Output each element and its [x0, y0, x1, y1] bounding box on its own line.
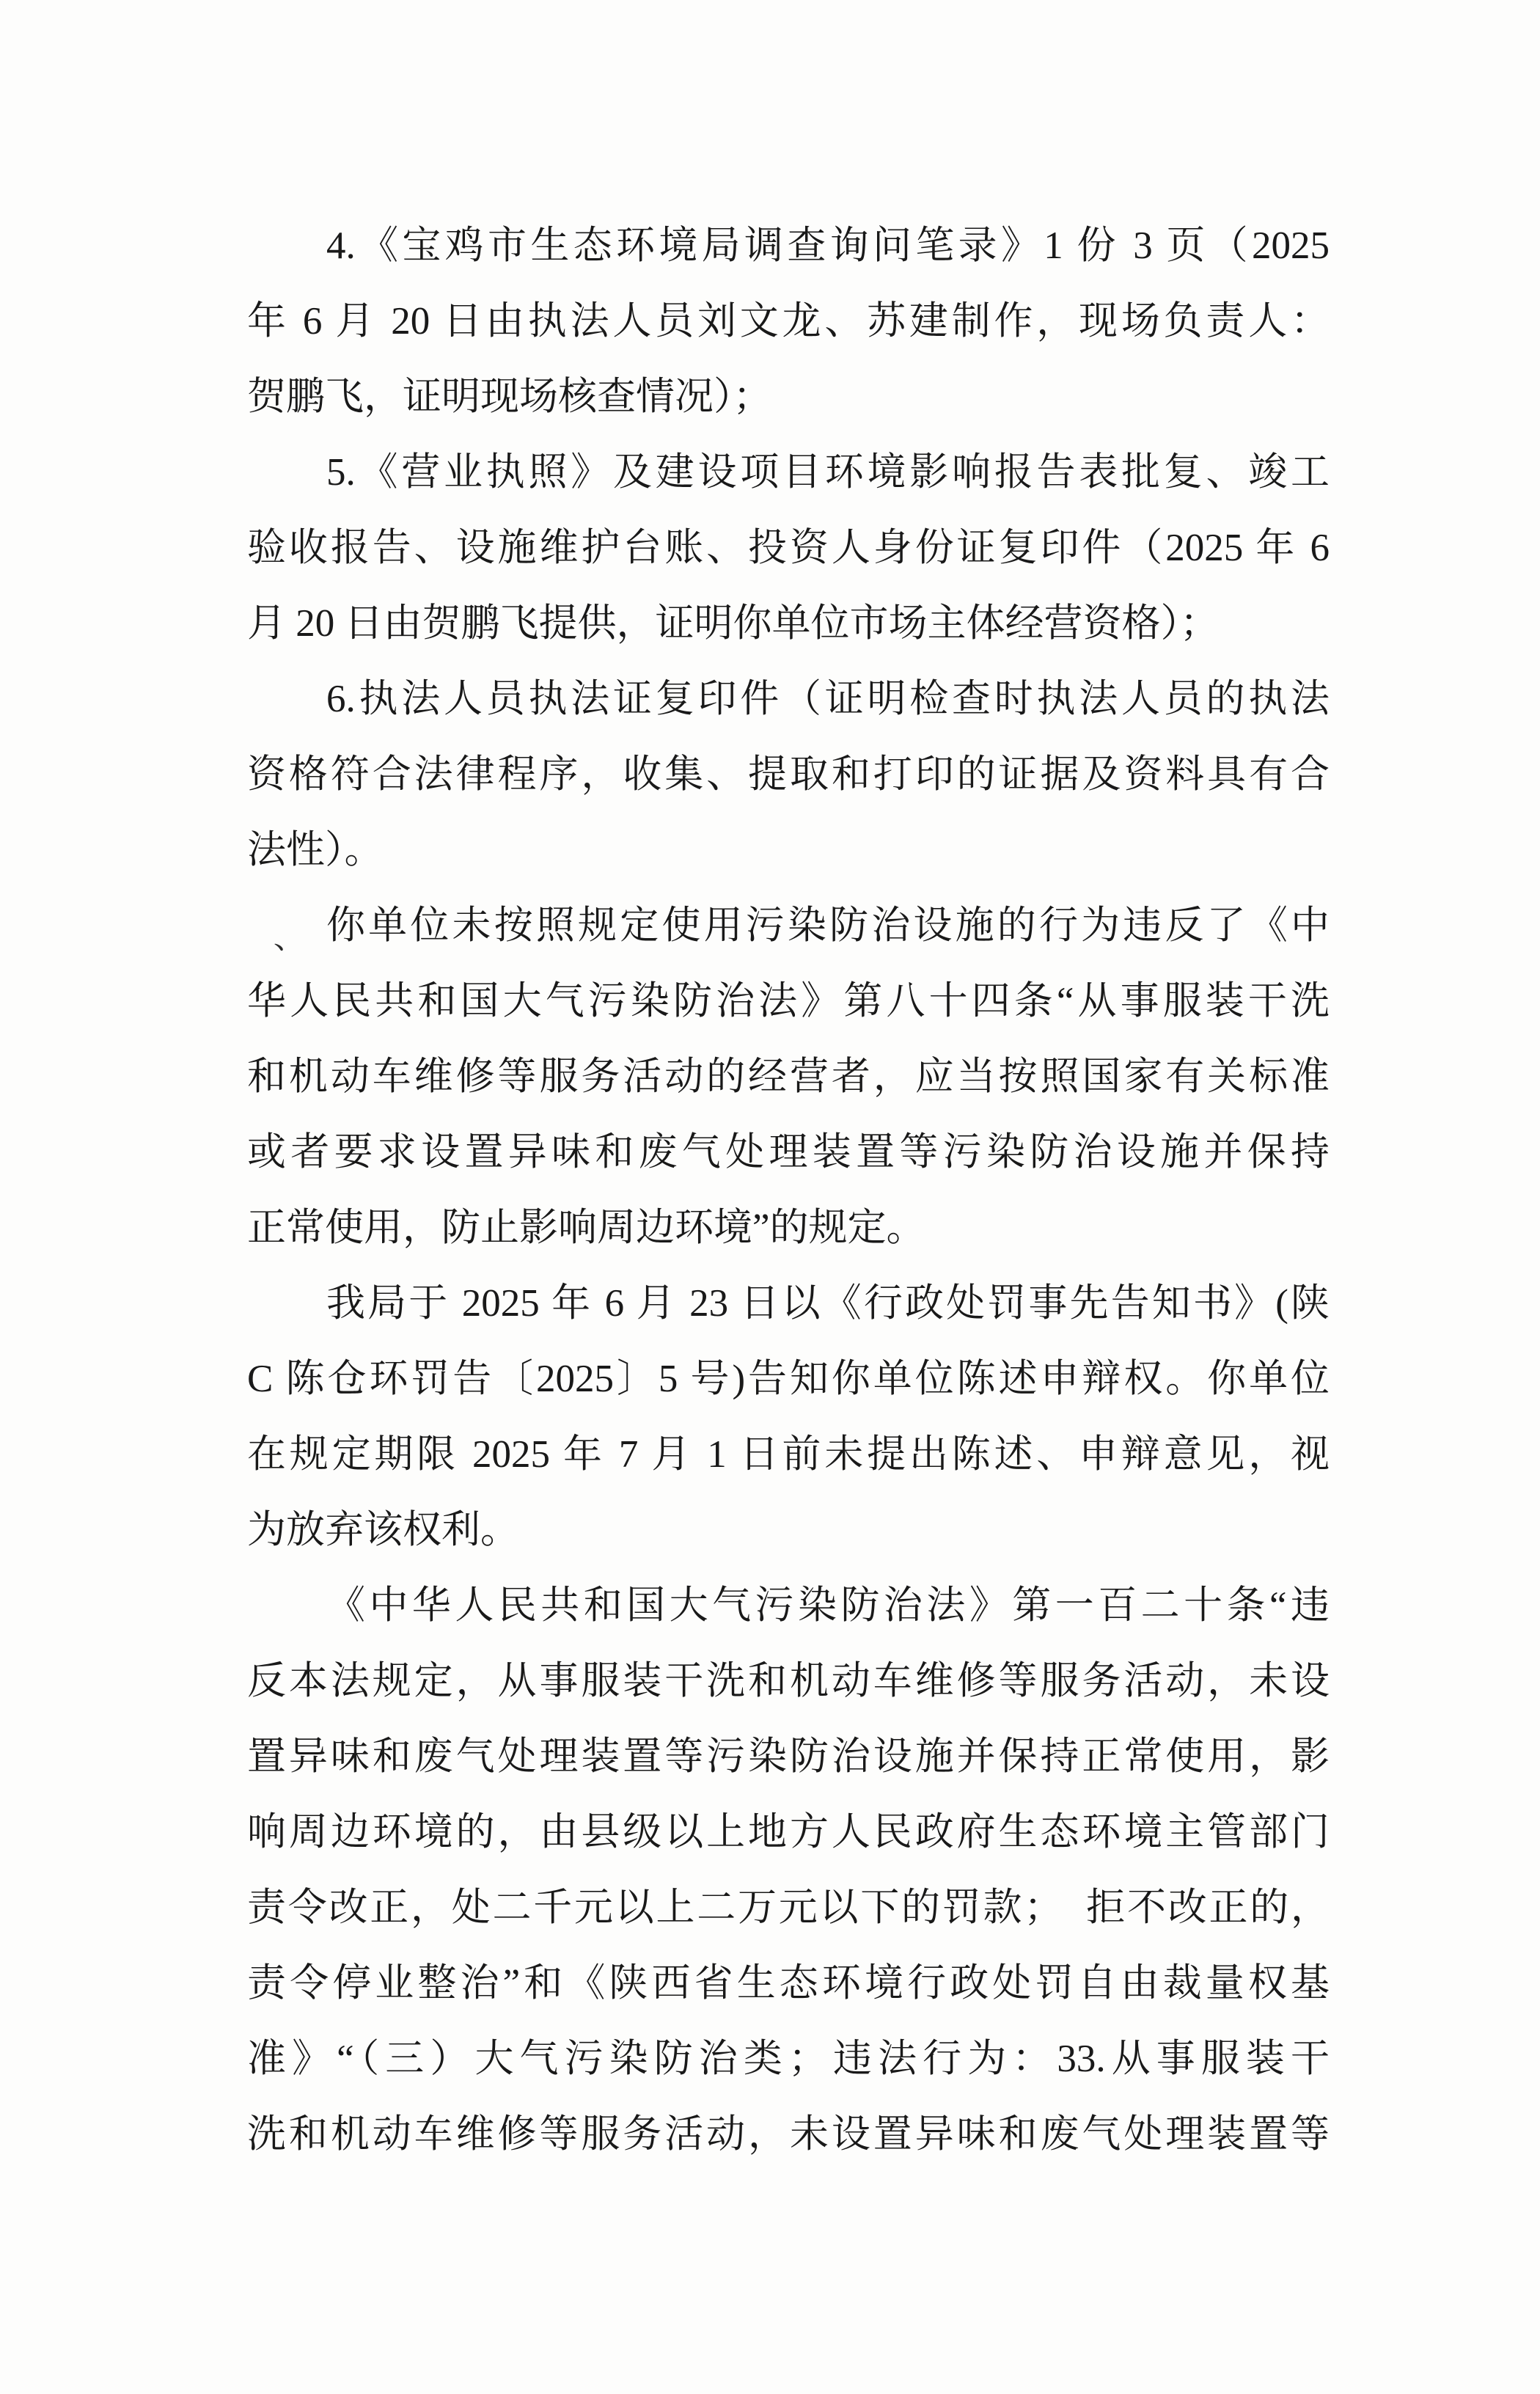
text-line: 和机动车维修等服务活动的经营者，应当按照国家有关标准	[247, 1039, 1330, 1115]
text-line: 置异味和废气处理装置等污染防治设施并保持正常使用，影	[247, 1719, 1330, 1795]
text-line: 年 6 月 20 日由执法人员刘文龙、苏建制作，现场负责人：	[247, 284, 1330, 359]
scan-artifact-mark: 、	[271, 921, 305, 955]
text-line: 法性）。	[247, 813, 1330, 888]
text-line: 资格符合法律程序，收集、提取和打印的证据及资料具有合	[247, 737, 1330, 813]
paragraph: 4.《宝鸡市生态环境局调查询问笔录》1 份 3 页（2025年 6 月 20 日…	[247, 208, 1330, 435]
text-line: 反本法规定，从事服装干洗和机动车维修等服务活动，未设	[247, 1644, 1330, 1719]
scanned-page: 4.《宝鸡市生态环境局调查询问笔录》1 份 3 页（2025年 6 月 20 日…	[0, 0, 1540, 2394]
text-line: 或者要求设置异味和废气处理装置等污染防治设施并保持	[247, 1115, 1330, 1190]
paragraph: 6.执法人员执法证复印件（证明检查时执法人员的执法资格符合法律程序，收集、提取和…	[247, 662, 1330, 888]
text-line: 5.《营业执照》及建设项目环境影响报告表批复、竣工	[247, 435, 1330, 510]
text-line: 责令改正，处二千元以上二万元以下的罚款； 拒不改正的，	[247, 1870, 1330, 1946]
text-line: 为放弃该权利。	[247, 1493, 1330, 1568]
text-line: 准》“（三）大气污染防治类；违法行为：33.从事服装干	[247, 2021, 1330, 2097]
text-line: 我局于 2025 年 6 月 23 日以《行政处罚事先告知书》(陕	[247, 1266, 1330, 1341]
paragraph: 5.《营业执照》及建设项目环境影响报告表批复、竣工验收报告、设施维护台账、投资人…	[247, 435, 1330, 662]
text-line: 华人民共和国大气污染防治法》第八十四条“从事服装干洗	[247, 964, 1330, 1039]
text-line: 月 20 日由贺鹏飞提供，证明你单位市场主体经营资格）；	[247, 586, 1330, 662]
text-line: C 陈仓环罚告〔2025〕5 号)告知你单位陈述申辩权。你单位	[247, 1341, 1330, 1417]
paragraph: 我局于 2025 年 6 月 23 日以《行政处罚事先告知书》(陕C 陈仓环罚告…	[247, 1266, 1330, 1568]
text-line: 在规定期限 2025 年 7 月 1 日前未提出陈述、申辩意见，视	[247, 1417, 1330, 1493]
text-line: 正常使用，防止影响周边环境”的规定。	[247, 1190, 1330, 1266]
text-line: 《中华人民共和国大气污染防治法》第一百二十条“违	[247, 1568, 1330, 1644]
document-body: 4.《宝鸡市生态环境局调查询问笔录》1 份 3 页（2025年 6 月 20 日…	[247, 208, 1330, 2172]
text-line: 贺鹏飞，证明现场核查情况）；	[247, 359, 1330, 435]
text-line: 责令停业整治”和《陕西省生态环境行政处罚自由裁量权基	[247, 1946, 1330, 2021]
text-line: 6.执法人员执法证复印件（证明检查时执法人员的执法	[247, 662, 1330, 737]
paragraph: 《中华人民共和国大气污染防治法》第一百二十条“违反本法规定，从事服装干洗和机动车…	[247, 1568, 1330, 2172]
text-line: 洗和机动车维修等服务活动，未设置异味和废气处理装置等	[247, 2097, 1330, 2172]
paragraph: 你单位未按照规定使用污染防治设施的行为违反了《中华人民共和国大气污染防治法》第八…	[247, 888, 1330, 1266]
text-line: 响周边环境的，由县级以上地方人民政府生态环境主管部门	[247, 1795, 1330, 1870]
text-line: 验收报告、设施维护台账、投资人身份证复印件（2025 年 6	[247, 510, 1330, 586]
text-line: 4.《宝鸡市生态环境局调查询问笔录》1 份 3 页（2025	[247, 208, 1330, 284]
text-line: 你单位未按照规定使用污染防治设施的行为违反了《中	[247, 888, 1330, 964]
